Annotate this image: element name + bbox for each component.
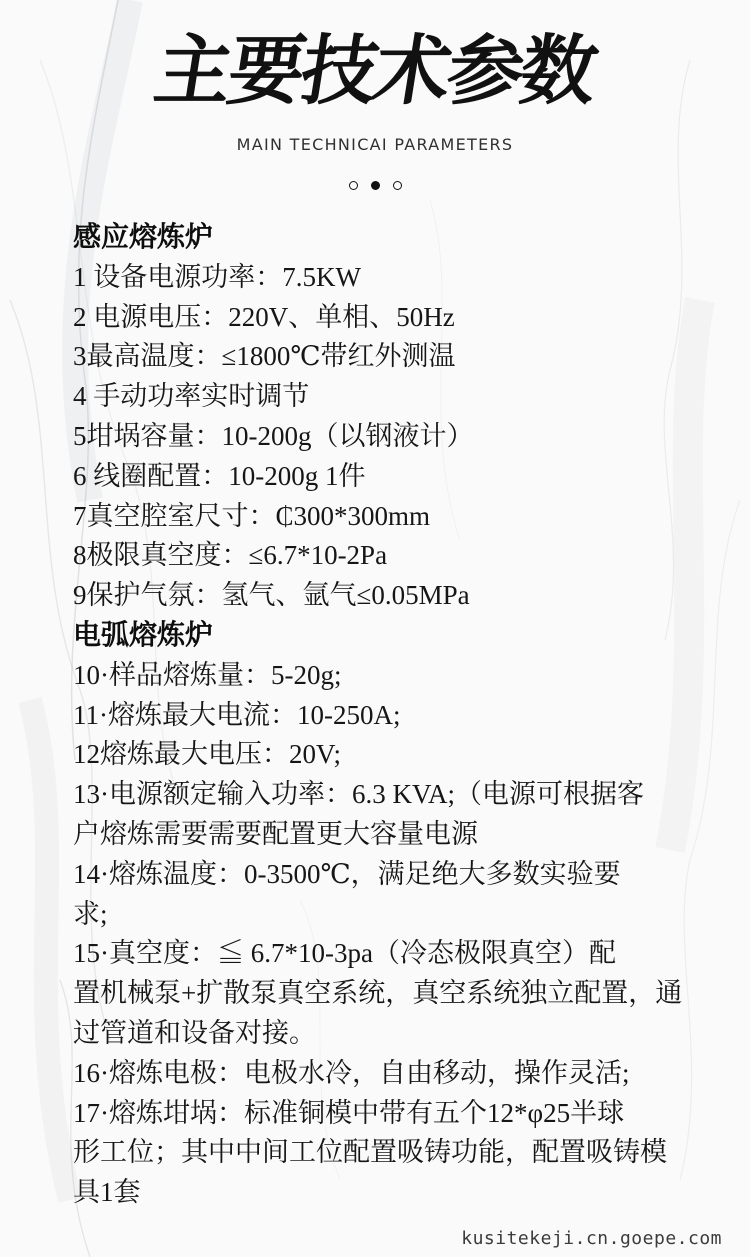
spec-line: 过管道和设备对接。 xyxy=(73,1014,713,1054)
spec-line: 户熔炼需要需要配置更大容量电源 xyxy=(73,815,713,855)
header: 主要技术参数 MAIN TECHNICAI PARAMETERS xyxy=(0,28,750,154)
watermark-text: kusitekeji.cn.goepe.com xyxy=(461,1228,722,1249)
spec-line: 具1套 xyxy=(73,1173,713,1213)
pagination-dot-2 xyxy=(371,181,380,190)
pagination-dots xyxy=(0,181,750,190)
spec-list: 感应熔炼炉1 设备电源功率：7.5KW2 电源电压：220V、单相、50Hz3最… xyxy=(73,218,713,1213)
spec-line: 9保护气氛：氢气、氩气≤0.05MPa xyxy=(73,576,713,616)
spec-line: 5坩埚容量：10-200g（以钢液计） xyxy=(73,417,713,457)
spec-line: 形工位；其中中间工位配置吸铸功能，配置吸铸模 xyxy=(73,1133,713,1173)
spec-line: 置机械泵+扩散泵真空系统，真空系统独立配置，通 xyxy=(73,974,713,1014)
spec-line: 4 手动功率实时调节 xyxy=(73,377,713,417)
spec-line: 17·熔炼坩埚：标准铜模中带有五个12*φ25半球 xyxy=(73,1094,713,1134)
page-subtitle: MAIN TECHNICAI PARAMETERS xyxy=(0,135,750,154)
pagination-dot-1 xyxy=(349,181,358,190)
spec-line: 11·熔炼最大电流：10-250A; xyxy=(73,696,713,736)
spec-line: 7真空腔室尺寸：₵300*300mm xyxy=(73,497,713,537)
spec-line: 14·熔炼温度：0-3500℃，满足绝大多数实验要 xyxy=(73,855,713,895)
spec-line: 10·样品熔炼量：5-20g; xyxy=(73,656,713,696)
spec-line: 15·真空度：≦ 6.7*10-3pa（冷态极限真空）配 xyxy=(73,934,713,974)
spec-line: 13·电源额定输入功率：6.3 KVA;（电源可根据客 xyxy=(73,775,713,815)
page: 主要技术参数 MAIN TECHNICAI PARAMETERS 感应熔炼炉1 … xyxy=(0,0,750,1257)
spec-line: 1 设备电源功率：7.5KW xyxy=(73,258,713,298)
spec-line: 12熔炼最大电压：20V; xyxy=(73,735,713,775)
pagination-dot-3 xyxy=(393,181,402,190)
spec-line: 8极限真空度：≤6.7*10-2Pa xyxy=(73,536,713,576)
section-heading: 感应熔炼炉 xyxy=(73,218,713,258)
spec-line: 3最高温度：≤1800℃带红外测温 xyxy=(73,337,713,377)
spec-line: 16·熔炼电极：电极水冷，自由移动，操作灵活; xyxy=(73,1054,713,1094)
page-title: 主要技术参数 xyxy=(0,28,750,113)
section-heading: 电弧熔炼炉 xyxy=(73,616,713,656)
spec-line: 2 电源电压：220V、单相、50Hz xyxy=(73,298,713,338)
spec-line: 求; xyxy=(73,895,713,935)
spec-line: 6 线圈配置：10-200g 1件 xyxy=(73,457,713,497)
